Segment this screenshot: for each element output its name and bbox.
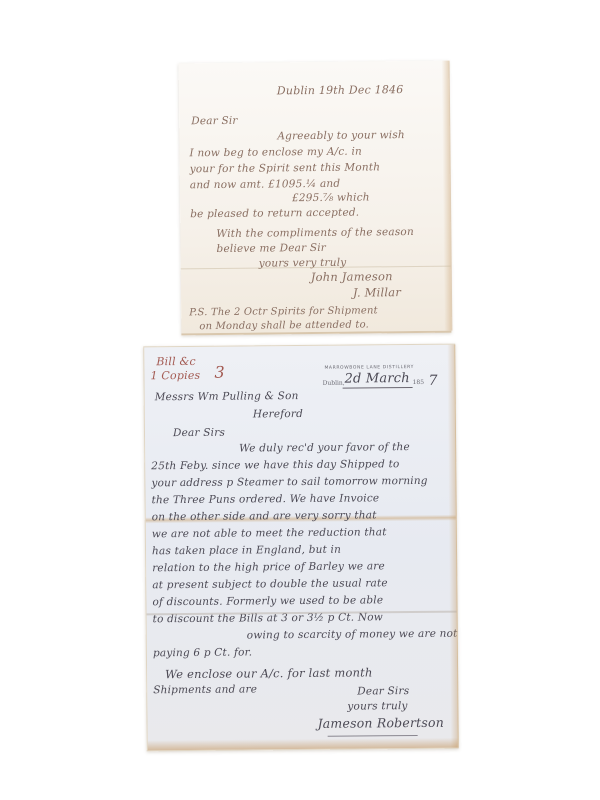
body-line: We enclose our A/c. for last month [165,665,373,681]
dateline-written: 2d March [344,371,409,387]
body-line: your for the Spirit sent this Month [190,161,381,175]
signature: J. Millar [353,285,401,300]
letter-bottom: Bill &c 1 Copies 3 MARROWBONE LANE DISTI… [143,344,459,752]
body-line: Agreeably to your wish [277,129,405,142]
letter-top: Dublin 19th Dec 1846 Dear Sir Agreeably … [179,61,452,336]
body-line: at present subject to double the usual r… [152,577,388,591]
body-line: Shipments and are [153,683,257,696]
closing-line: yours very truly [259,257,347,270]
body-line: paying 6 p Ct. for. [153,646,252,659]
closing-line: yours truly [347,700,407,713]
salutation: Dear Sirs [173,427,225,439]
body-line: has taken place in England, but in [152,544,341,558]
letterhead: MARROWBONE LANE DISTILLERY [324,365,414,371]
paper-foxing [447,345,459,748]
annotation: 1 Copies [150,369,200,382]
paper-foxing [442,61,453,331]
body-line: be pleased to return accepted. [190,207,359,221]
closing-line: With the compliments of the season [216,226,414,240]
addressee-place: Hereford [253,408,303,420]
addressee: Messrs Wm Pulling & Son [155,390,299,403]
body-line: the Three Puns ordered. We have Invoice [152,492,380,506]
annotation: Bill &c [156,355,196,368]
body-line: your address p Steamer to sail tomorrow … [151,475,427,489]
body-line: relation to the high price of Barley we … [152,560,385,574]
dateline: Dublin 19th Dec 1846 [277,83,404,97]
paper-foxing-bottom [148,738,458,751]
body-line: to discount the Bills at 3 or 3½ p Ct. N… [153,611,383,625]
body-line: £295.⅞ which [292,191,370,204]
salutation: Dear Sir [191,115,238,127]
postscript-line: on Monday shall be attended to. [199,319,369,332]
body-line: and now amt. £1095.¼ and [190,178,341,192]
signature: John Jameson [311,269,393,284]
annotation-number: 3 [214,363,225,382]
body-line: on the other side and are very sorry tha… [152,509,377,523]
body-line: I now beg to enclose my A/c. in [189,146,362,160]
dateline-year-written: 7 [428,373,437,389]
signature-rule [328,735,418,737]
body-line: We duly rec'd your favor of the [239,441,410,454]
dateline-year-printed: 185 [413,379,425,386]
body-line: 25th Feby. since we have this day Shippe… [151,458,399,472]
signature: Jameson Robertson [317,715,444,731]
closing-line: believe me Dear Sir [216,242,326,255]
dateline-printed: Dublin, [323,380,345,387]
body-line: owing to scarcity of money we are not [247,628,458,642]
body-line: we are not able to meet the reduction th… [152,526,387,540]
closing-line: Dear Sirs [357,685,409,697]
postscript-line: P.S. The 2 Octr Spirits for Shipment [189,305,378,318]
body-line: of discounts. Formerly we used to be abl… [152,594,383,608]
date-rule [343,387,413,389]
